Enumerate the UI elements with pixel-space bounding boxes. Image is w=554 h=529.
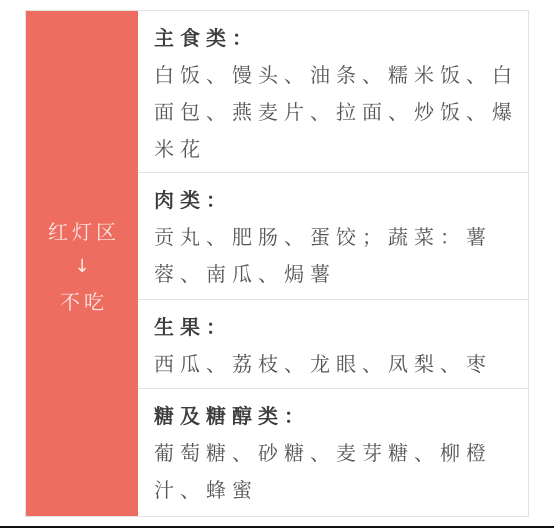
category-items: 葡萄糖、砂糖、麦芽糖、柳橙汁、蜂蜜 [154, 435, 520, 509]
red-zone-food-table: 红灯区 ↓ 不吃 主食类： 白饭、馒头、油条、糯米饭、白面包、燕麦片、拉面、炒饭… [25, 10, 529, 517]
zone-title: 红灯区 [44, 214, 120, 250]
category-items: 贡丸、肥肠、蛋饺；蔬菜：薯蓉、南瓜、焗薯 [154, 219, 520, 293]
category-row-meat: 肉类： 贡丸、肥肠、蛋饺；蔬菜：薯蓉、南瓜、焗薯 [138, 173, 528, 300]
down-arrow-icon: ↓ [70, 250, 93, 284]
category-heading: 主食类： [154, 21, 520, 55]
food-categories: 主食类： 白饭、馒头、油条、糯米饭、白面包、燕麦片、拉面、炒饭、爆米花 肉类： … [138, 11, 528, 516]
category-row-staples: 主食类： 白饭、馒头、油条、糯米饭、白面包、燕麦片、拉面、炒饭、爆米花 [138, 11, 528, 173]
category-row-sugar: 糖及糖醇类： 葡萄糖、砂糖、麦芽糖、柳橙汁、蜂蜜 [138, 389, 528, 516]
category-heading: 糖及糖醇类： [154, 399, 520, 433]
category-heading: 生果： [154, 310, 520, 344]
category-items: 白饭、馒头、油条、糯米饭、白面包、燕麦片、拉面、炒饭、爆米花 [154, 57, 520, 168]
red-zone-label-cell: 红灯区 ↓ 不吃 [26, 11, 138, 516]
category-row-fruit: 生果： 西瓜、荔枝、龙眼、凤梨、枣 [138, 300, 528, 389]
zone-action: 不吃 [56, 284, 108, 320]
bottom-divider [0, 526, 554, 528]
category-heading: 肉类： [154, 183, 520, 217]
category-items: 西瓜、荔枝、龙眼、凤梨、枣 [154, 346, 520, 383]
